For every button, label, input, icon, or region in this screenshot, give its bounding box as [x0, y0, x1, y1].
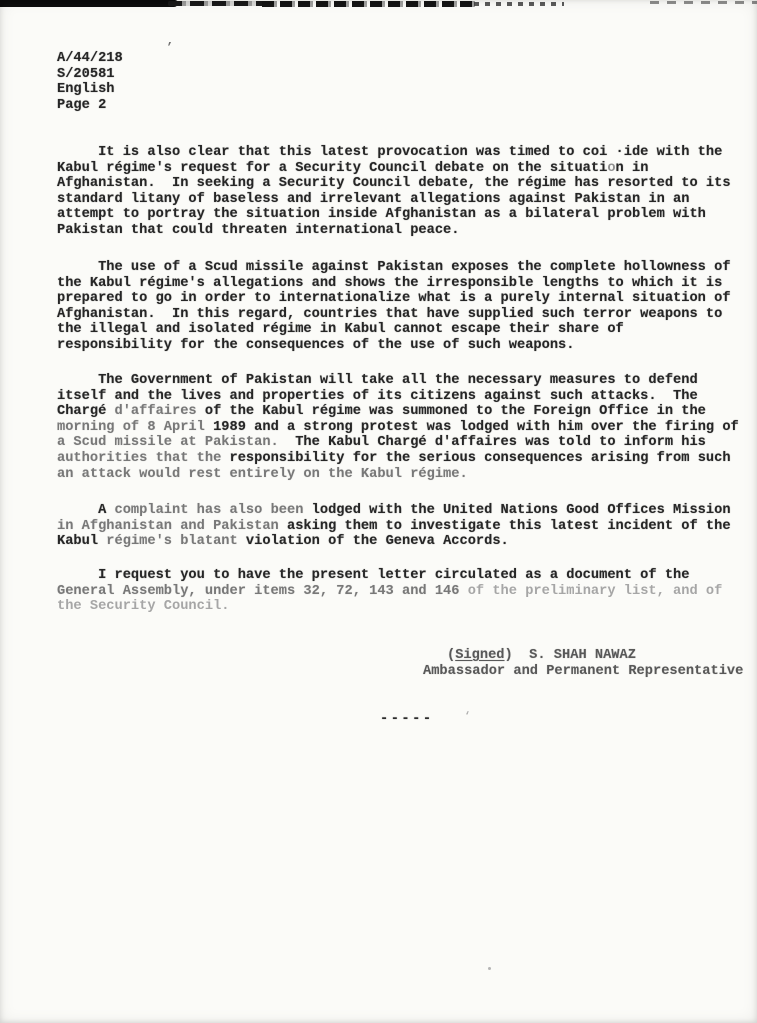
scan-speck-quote: ’ [166, 41, 173, 57]
signed-label: Signed [455, 648, 504, 663]
text-segment: responsibility for the serious consequen… [230, 451, 731, 466]
text-segment: The Kabul Chargé d'affaires was told to … [279, 435, 706, 450]
text-segment: standard litany of baseless and irreleva… [57, 192, 689, 207]
scan-artifact-dashes-2 [474, 2, 564, 6]
text-line: in Afghanistan and Pakistan asking them … [57, 519, 731, 535]
text-segment-faded: in Afghanistan and Pakistan [57, 519, 279, 534]
text-line: The use of a Scud missile against Pakist… [57, 260, 731, 276]
text-segment-faded: d'affaires [115, 404, 197, 419]
text-segment-faint: of the preliminary list, and of [468, 584, 723, 599]
text-line: responsibility for the consequences of t… [57, 338, 731, 354]
text-line: the Security Council. [57, 599, 722, 615]
text-segment-faded: General Assembly, under items 32, 72, 14… [57, 584, 468, 599]
text-segment-faint: the Security Council. [57, 599, 230, 614]
text-segment-faded: authorities that the [57, 451, 230, 466]
signatory-title: Ambassador and Permanent Representative [423, 664, 743, 680]
text-segment: responsibility for the consequences of t… [57, 338, 574, 353]
text-segment: prepared to go in order to international… [57, 291, 731, 306]
text-segment: violation of the Geneva Accords. [238, 534, 509, 549]
text-segment-faded: morning of 8 April [57, 420, 213, 435]
text-line: Kabul régime's blatant violation of the … [57, 534, 731, 550]
text-segment: I request you to have the present letter… [57, 568, 689, 583]
text-segment: asking them to investigate this latest i… [279, 519, 731, 534]
text-line: Pakistan that could threaten internation… [57, 223, 731, 239]
text-segment: Pakistan that could threaten internation… [57, 223, 459, 238]
text-line: the illegal and isolated régime in Kabul… [57, 322, 731, 338]
text-line: morning of 8 April 1989 and a strong pro… [57, 420, 739, 436]
text-line: the Kabul régime's allegations and shows… [57, 276, 731, 292]
text-segment: Kabul [57, 534, 106, 549]
text-segment: of the Kabul régime was summoned to the … [197, 404, 706, 419]
text-line: A complaint has also been lodged with th… [57, 503, 731, 519]
text-line: It is also clear that this latest provoc… [57, 145, 731, 161]
scan-artifact-dashes-1 [262, 1, 477, 7]
text-segment: lodged with the United Nations Good Offi… [303, 503, 730, 518]
signed-line: (Signed) S. SHAH NAWAZ [423, 648, 743, 664]
text-segment: n in [616, 161, 649, 176]
text-segment: Chargé [57, 404, 115, 419]
text-line: a Scud missile at Pakistan. The Kabul Ch… [57, 435, 739, 451]
text-line: Kabul régime's request for a Security Co… [57, 161, 731, 177]
text-segment-faded: o [607, 161, 615, 176]
text-segment-faded: a Scud missile at Pakistan. [57, 435, 279, 450]
text-line: standard litany of baseless and irreleva… [57, 192, 731, 208]
text-segment-faded: an attack would rest entirely on the Kab… [57, 467, 468, 482]
scan-speck-tick: ‘ [464, 710, 471, 726]
paragraph-5: I request you to have the present letter… [57, 568, 722, 615]
text-line: authorities that the responsibility for … [57, 451, 739, 467]
doc-symbol-assembly: A/44/218 [57, 51, 123, 67]
paragraph-1: It is also clear that this latest provoc… [57, 145, 731, 239]
scanned-document-page: ’ A/44/218 S/20581 English Page 2 It is … [0, 0, 757, 1023]
document-header: A/44/218 S/20581 English Page 2 [57, 51, 123, 113]
scan-speck-dot [488, 967, 491, 970]
text-line: General Assembly, under items 32, 72, 14… [57, 584, 722, 600]
doc-language: English [57, 82, 123, 98]
scan-artifact-dashes-3 [650, 1, 757, 4]
doc-symbol-security-council: S/20581 [57, 67, 123, 83]
text-segment: the Kabul régime's allegations and shows… [57, 276, 722, 291]
text-segment: ( [447, 648, 455, 663]
text-segment: It is also clear that this latest provoc… [57, 145, 722, 160]
scan-artifact-solid-bar [0, 0, 178, 7]
text-segment: Afghanistan. In this regard, countries t… [57, 307, 722, 322]
text-segment: the illegal and isolated régime in Kabul… [57, 322, 624, 337]
text-line: itself and the lives and properties of i… [57, 389, 739, 405]
text-segment: attempt to portray the situation inside … [57, 207, 706, 222]
text-segment: The use of a Scud missile against Pakist… [57, 260, 731, 275]
text-segment-faded: régime's blatant [106, 534, 237, 549]
text-line: I request you to have the present letter… [57, 568, 722, 584]
text-segment: Kabul régime's request for a Security Co… [57, 161, 607, 176]
paragraph-3: The Government of Pakistan will take all… [57, 373, 739, 482]
text-segment: The Government of Pakistan will take all… [57, 373, 698, 388]
text-line: The Government of Pakistan will take all… [57, 373, 739, 389]
text-segment: itself and the lives and properties of i… [57, 389, 698, 404]
scan-artifact-smudge [168, 1, 268, 6]
text-segment: Afghanistan. In seeking a Security Counc… [57, 176, 731, 191]
doc-page-number: Page 2 [57, 98, 123, 114]
text-line: attempt to portray the situation inside … [57, 207, 731, 223]
text-line: Afghanistan. In seeking a Security Counc… [57, 176, 731, 192]
divider-dashes: ----- [380, 712, 434, 728]
text-segment-faded: complaint has also been [115, 503, 304, 518]
text-segment: A [57, 503, 115, 518]
text-line: Chargé d'affaires of the Kabul régime wa… [57, 404, 739, 420]
text-line: Afghanistan. In this regard, countries t… [57, 307, 731, 323]
signature-block: (Signed) S. SHAH NAWAZ Ambassador and Pe… [423, 648, 743, 679]
text-segment: 1989 and a strong protest was lodged wit… [213, 420, 739, 435]
signatory-name: ) S. SHAH NAWAZ [505, 648, 636, 663]
text-line: an attack would rest entirely on the Kab… [57, 467, 739, 483]
paragraph-4: A complaint has also been lodged with th… [57, 503, 731, 550]
paragraph-2: The use of a Scud missile against Pakist… [57, 260, 731, 354]
text-line: prepared to go in order to international… [57, 291, 731, 307]
